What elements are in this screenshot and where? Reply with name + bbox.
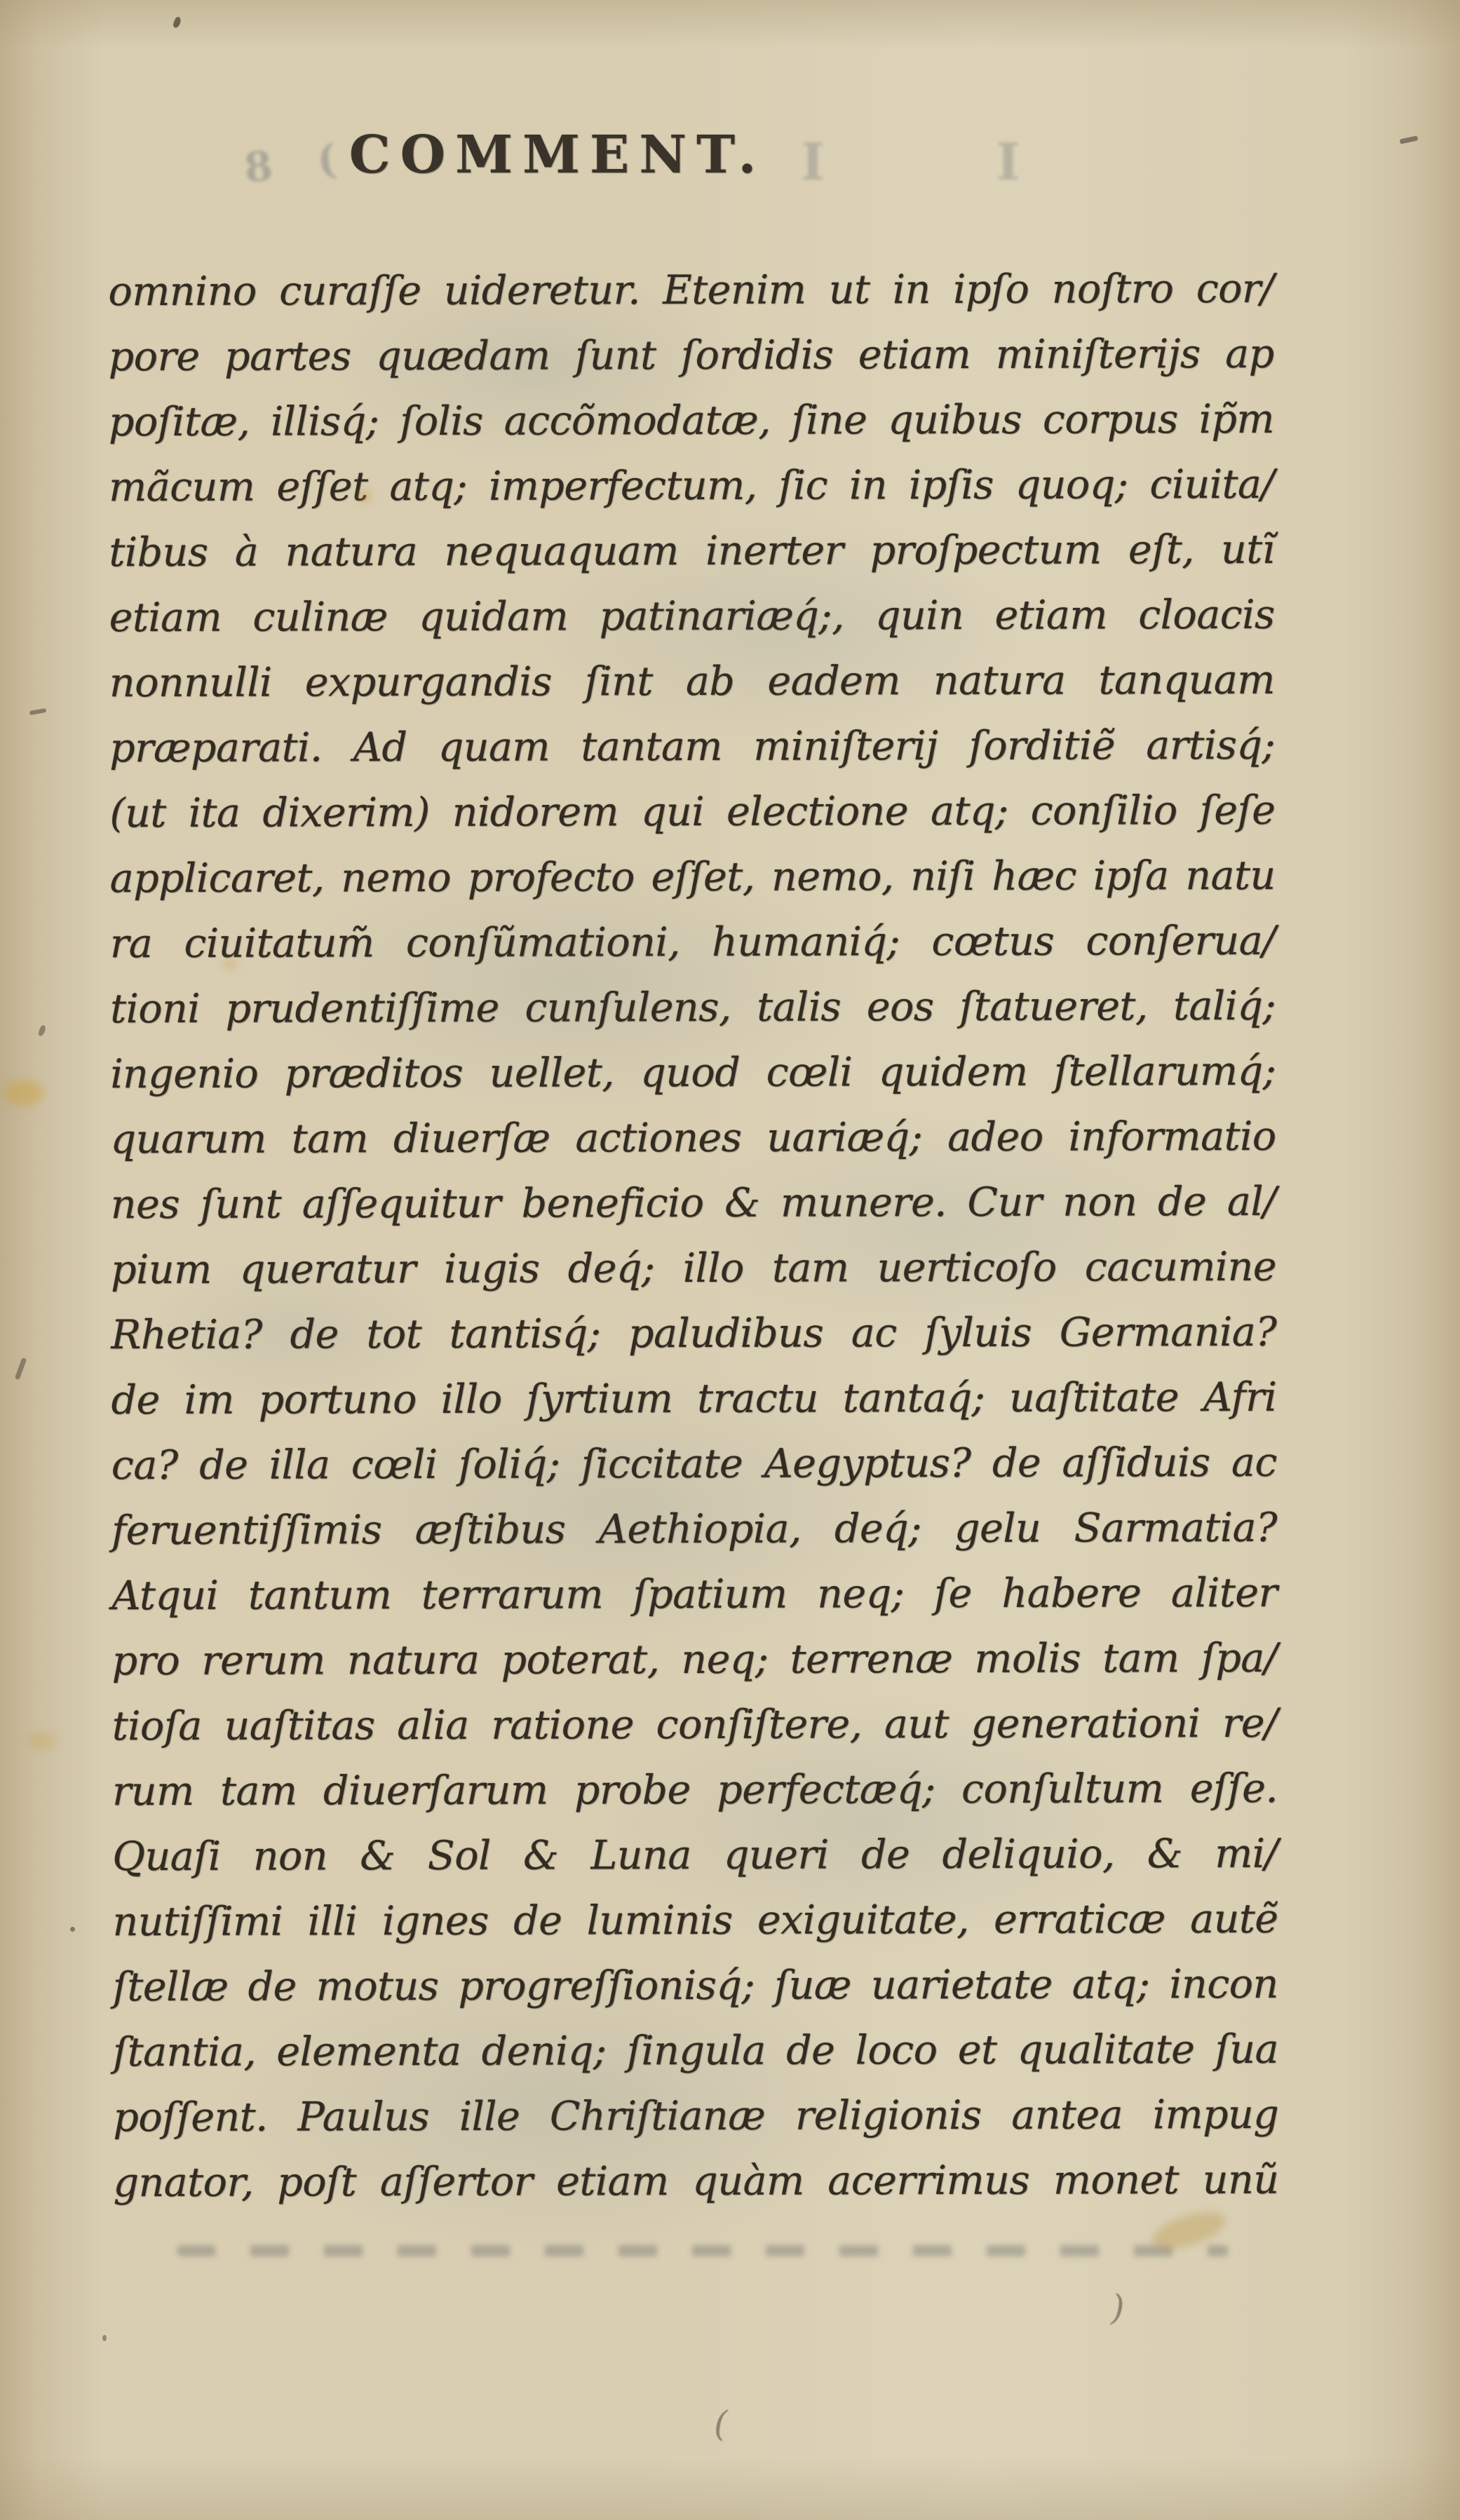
text-line: Quaſi non & Sol & Luna queri de deliquio… [112, 1822, 1278, 1890]
verso-text-bleedthrough-line [177, 2245, 1229, 2256]
page-number-bleedthrough: 8 ( [242, 133, 354, 192]
body-text-block: omnino curaſſe uideretur. Etenim ut in i… [108, 257, 1278, 2216]
ink-speck [29, 708, 47, 715]
paper-stain [28, 1732, 56, 1750]
ink-speck [102, 2335, 107, 2341]
text-line: poſitæ, illisq́; ſolis accõmodatæ, ſine … [109, 387, 1274, 455]
paper-stain [223, 959, 237, 969]
text-line: tioſa uaſtitas alia ratione conſiſtere, … [112, 1691, 1278, 1759]
text-line: nutiſſimi illi ignes de luminis exiguita… [112, 1887, 1278, 1955]
text-line: quarum tam diuerſæ actiones uariæq́; ade… [111, 1104, 1276, 1172]
scanned-book-page: COMMENT. 8 ( I I omnino curaſſe uideretu… [0, 0, 1460, 2520]
text-line: applicaret, nemo profecto eſſet, nemo, n… [110, 844, 1276, 912]
header-bleedthrough-mark: I I [801, 132, 1097, 191]
ink-speck [172, 16, 182, 29]
text-line: de im portuno illo ſyrtium tractu tantaq… [111, 1365, 1276, 1433]
text-line: etiam culinæ quidam patinariæq́;, quin e… [109, 583, 1275, 651]
text-line: ca? de illa cœli ſoliq́; ſiccitate Aegyp… [111, 1430, 1277, 1498]
text-line: omnino curaſſe uideretur. Etenim ut in i… [108, 257, 1273, 325]
text-line: (ut ita dixerim) nidorem qui electione a… [109, 778, 1275, 846]
paper-stain [4, 1080, 43, 1106]
text-line: pore partes quædam ſunt ſordidis etiam m… [109, 322, 1274, 390]
text-line: tioni prudentiſſime cunſulens, talis eos… [110, 974, 1276, 1042]
text-line: poſſent. Paulus ille Chriſtianæ religion… [113, 2082, 1278, 2150]
ink-speck [15, 1357, 27, 1380]
text-line: nes ſunt aſſequitur beneficio & munere. … [111, 1170, 1276, 1238]
text-line: pro rerum natura poterat, neq; terrenæ m… [111, 1626, 1277, 1694]
text-line: præparati. Ad quam tantam miniſterij ſor… [109, 713, 1275, 781]
ink-speck [70, 1927, 75, 1932]
text-line: Atqui tantum terrarum ſpatium neq; ſe ha… [111, 1561, 1277, 1629]
text-line: ſtantia, elementa deniq; ſingula de loco… [113, 2017, 1278, 2085]
text-line: nonnulli expurgandis ſint ab eadem natur… [109, 648, 1275, 716]
stray-ink-mark: ( [714, 2404, 728, 2444]
ink-speck [38, 1024, 47, 1037]
text-line: ingenio præditos uellet, quod cœli quide… [110, 1039, 1276, 1107]
text-line: ra ciuitatum̃ conſũmationi, humaniq́; cœ… [110, 909, 1276, 977]
text-line: feruentiſſimis æſtibus Aethiopia, deq́; … [111, 1496, 1277, 1564]
text-line: gnator, poſt aſſertor etiam quàm acerrim… [113, 2148, 1278, 2216]
paper-stain [870, 680, 878, 689]
text-line: Rhetia? de tot tantisq́; paludibus ac ſy… [111, 1300, 1276, 1368]
text-line: tibus à natura nequaquam inerter proſpec… [109, 517, 1274, 585]
paper-stain [359, 491, 370, 502]
text-line: mãcum eſſet atq; imperfectum, ſic in ipſ… [109, 452, 1274, 520]
ink-speck [1400, 135, 1419, 144]
text-line: ſtellæ de motus progreſſionisq́; ſuæ uar… [113, 1952, 1278, 2020]
stray-ink-mark: ) [1111, 2287, 1125, 2328]
running-header: COMMENT. [349, 125, 766, 185]
text-line: pium queratur iugis deq́; illo tam uerti… [111, 1235, 1276, 1303]
text-line: rum tam diuerſarum probe perfectæq́; con… [112, 1756, 1278, 1824]
